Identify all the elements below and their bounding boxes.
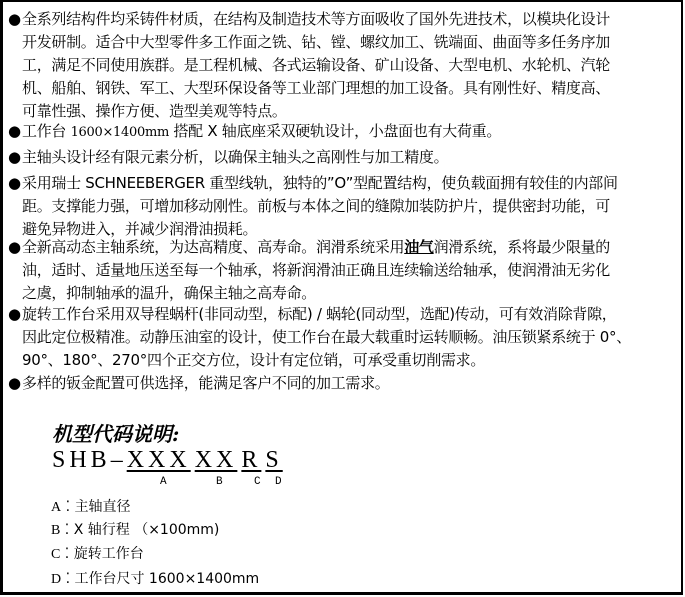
feature-line: ●工作台 1600×1400mm 搭配 X 轴底座采双硬轨设计，小盘面也有大荷重…	[8, 120, 672, 144]
bullet-icon: ●	[8, 236, 22, 259]
bullet-icon: ●	[8, 172, 22, 195]
feature-line: 机、船舶、钢铁、军工、大型环保设备等工业部门理想的加工设备。具有刚性好、精度高、	[8, 77, 672, 100]
code-sub-label-a: A	[160, 476, 167, 488]
code-sub-label-b: B	[216, 476, 223, 488]
code-group-b: XX	[195, 447, 238, 473]
feature-line: 因此定位极精准。动静压油室的设计，使工作台在最大载重时运转顺畅。油压锁紧系统于 …	[8, 326, 672, 349]
bullet-icon: ●	[8, 372, 22, 395]
feature-line: ●主轴头设计经有限元素分析，以确保主轴头之高刚性与加工精度。	[8, 146, 672, 169]
feature-line: ●旋转工作台采用双导程蜗杆(非同动型，标配) / 蜗轮(同动型，选配)传动，可有…	[8, 303, 672, 326]
code-sub-label-c: C	[254, 476, 261, 488]
model-code-title: 机型代码说明:	[52, 418, 179, 447]
code-group-c: R	[241, 447, 261, 473]
bullet-icon: ●	[8, 8, 22, 31]
feature-spindle-head: ●主轴头设计经有限元素分析，以确保主轴头之高刚性与加工精度。	[8, 146, 672, 169]
feature-line: 距。支撑能力强，可增加移动刚性。前板与本体之间的缝隙加装防护片，提供密封功能，可	[8, 195, 672, 218]
feature-line: 油，适时、适量地压送至每一个轴承，将新润滑油正确且连续输送给轴承，使润滑油无劣化	[8, 259, 672, 282]
feature-linear-rail: ●采用瑞士 SCHNEEBERGER 重型线轨，独特的”O”型配置结构，使负载面…	[8, 172, 672, 241]
feature-worktable: ●工作台 1600×1400mm 搭配 X 轴底座采双硬轨设计，小盘面也有大荷重…	[8, 120, 672, 144]
code-group-a: XXX	[127, 447, 191, 473]
feature-sheet-metal: ●多样的钣金配置可供选择，能满足客户不同的加工需求。	[8, 372, 672, 395]
worktable-spec: 1600×1400mm	[71, 125, 169, 140]
code-prefix: SHB–	[52, 447, 127, 473]
definition-b: B ⁚ X 轴行程 （×100mm)	[51, 519, 219, 539]
feature-line: ●采用瑞士 SCHNEEBERGER 重型线轨，独特的”O”型配置结构，使负载面…	[8, 172, 672, 195]
feature-line: ●全新高动态主轴系统，为达高精度、高寿命。润滑系统采用油气润滑系统，系将最少限量…	[8, 236, 672, 259]
feature-line: 之虞，抑制轴承的温升，确保主轴之高寿命。	[8, 282, 672, 305]
feature-spindle-system: ●全新高动态主轴系统，为达高精度、高寿命。润滑系统采用油气润滑系统，系将最少限量…	[8, 236, 672, 305]
feature-rotary-table: ●旋转工作台采用双导程蜗杆(非同动型，标配) / 蜗轮(同动型，选配)传动，可有…	[8, 303, 672, 372]
bullet-icon: ●	[8, 303, 22, 326]
code-group-d: S	[265, 447, 282, 473]
feature-line: ●多样的钣金配置可供选择，能满足客户不同的加工需求。	[8, 372, 672, 395]
bullet-icon: ●	[8, 146, 22, 169]
definition-c: C ⁚ 旋转工作台	[51, 543, 144, 563]
code-sub-label-d: D	[275, 476, 282, 488]
feature-line: 开发研制。适合中大型零件多工作面之铣、钻、镗、螺纹加工、铣端面、曲面等多任务序加	[8, 31, 672, 54]
feature-line: 工，满足不同使用族群。是工程机械、各式运输设备、矿山设备、大型电机、水轮机、汽轮	[8, 54, 672, 77]
definition-d: D ⁚ 工作台尺寸 1600×1400mm	[51, 568, 259, 588]
bullet-icon: ●	[8, 120, 22, 143]
definition-a: A ⁚ 主轴直径	[51, 496, 130, 516]
feature-line: ●全系列结构件均采铸件材质，在结构及制造技术等方面吸收了国外先进技术，以模块化设…	[8, 8, 672, 31]
oil-air-emphasis: 油气	[404, 238, 433, 256]
feature-line: 90°、180°、270°四个正交方位，设计有定位销，可承受重切削需求。	[8, 349, 672, 372]
model-code-pattern: SHB–XXXXXRS	[52, 447, 283, 474]
feature-structure: ●全系列结构件均采铸件材质，在结构及制造技术等方面吸收了国外先进技术，以模块化设…	[8, 8, 672, 123]
